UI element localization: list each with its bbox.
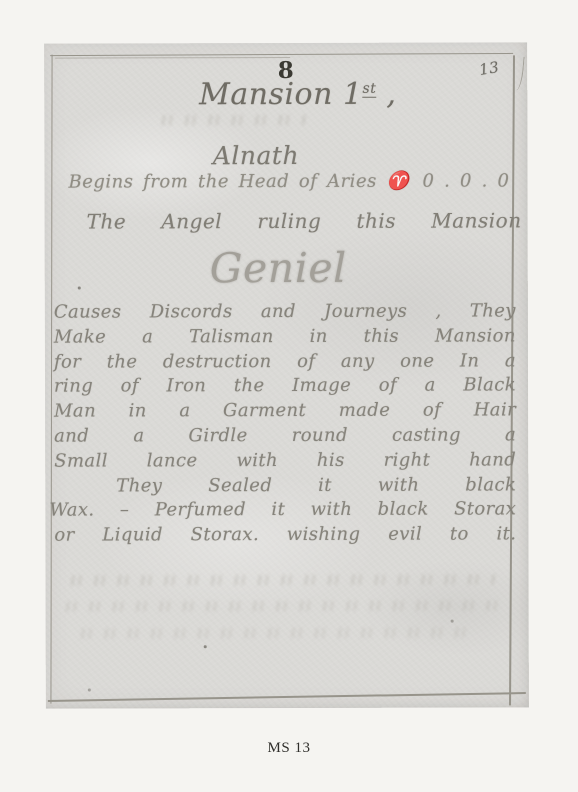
angel-name: Geniel (37, 243, 520, 292)
ghost-showthrough-line (66, 574, 496, 585)
body-line: Causes Discords and Journeys , They (54, 299, 516, 325)
body-line: or Liquid Storax. wishing evil to it. (54, 523, 516, 549)
mansion-name: Alnath (14, 140, 497, 170)
plate-caption: MS 13 (0, 740, 578, 757)
body-line: Make a Talisman in this Mansion (54, 324, 516, 350)
manuscript-scan: 8 13 Mansion 1st , Alnath Begins from th… (44, 42, 529, 708)
body-line: Small lance with his right hand (54, 448, 516, 474)
ink-speck (88, 689, 91, 692)
body-line: Wax. – Perfumed it with black Storax (49, 498, 516, 524)
begins-line: Begins from the Head of Aries ♈ 0 . 0 . … (68, 170, 509, 192)
body-line: Man in a Garment made of Hair (54, 399, 516, 425)
manuscript-title: Mansion 1st , (56, 76, 539, 112)
body-line: ring of Iron the Image of a Black (54, 374, 516, 400)
angel-ruling-line: The Angel ruling this Mansion (87, 208, 522, 233)
body-paragraph: Causes Discords and Journeys , They Make… (54, 299, 517, 548)
body-line: They Sealed it with black (116, 473, 516, 499)
ink-speck (451, 620, 454, 623)
title-ordinal: st (362, 81, 376, 98)
title-text: Mansion 1 (199, 77, 363, 112)
frame-bottom-line (48, 692, 526, 702)
title-punctuation: , (376, 77, 396, 112)
ghost-showthrough-title (156, 115, 306, 125)
ink-speck (204, 645, 207, 648)
body-line: and a Girdle round casting a (54, 423, 516, 449)
ink-speck (78, 287, 81, 290)
body-line: for the destruction of any one In a (54, 349, 516, 375)
ghost-showthrough-line (76, 628, 476, 639)
ghost-showthrough-line (61, 600, 501, 611)
